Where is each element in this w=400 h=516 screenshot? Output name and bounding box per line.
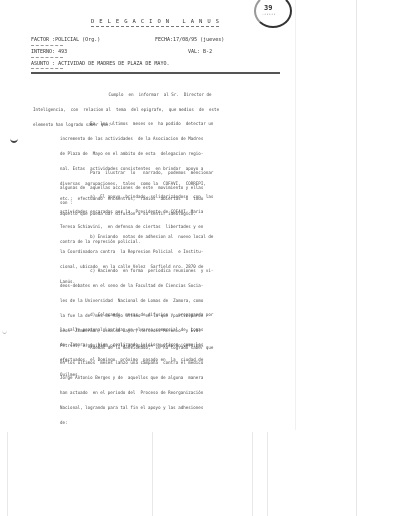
interno-field: INTERNO: 493 [31,49,67,55]
val-field: VAL: B-2 [188,49,212,55]
page-edge [356,0,357,516]
punch-hole-mark [10,134,18,143]
stamp-number: 39 [264,4,272,12]
text-line: Nacional, logrando para tal fin el apoyo… [60,405,213,410]
scan-artifact-line [252,432,253,516]
text-line: d) Colocando mesas de difusion y propaga… [60,312,213,317]
text-line: actividades encaradas por la Presidente … [60,209,213,214]
text-line: b) Enviando notas de adhesion al nuevo l… [60,234,213,239]
text-line: de: [60,420,213,425]
text-line: la calle peatonal Laprida en el area com… [60,327,213,332]
asunto-underline [31,68,63,69]
text-line: Además de lo mencionado, se ha logrado s… [60,345,213,350]
text-line: a) El apoyo brindado, solidarizándose co… [60,194,213,199]
paragraph-final: Además de lo mencionado, se ha logrado s… [60,335,213,435]
document-header: DELEGACION LANUS [91,19,224,25]
stamp-subtext: -••••• [262,12,276,16]
asunto-field: ASUNTO : ACTIVIDAD DE MADRES DE PLAZA DE… [31,61,169,67]
punch-hole-mark [2,326,7,334]
factor-underline [31,45,63,46]
page-fold-line [295,0,296,430]
fecha-field: FECHA:17/08/95 (jueves) [155,37,224,43]
text-line: incremento de las actividades de la Asoc… [60,136,213,141]
scan-artifact-line [7,432,8,516]
text-line: han actuado en el periodo del Proceso de… [60,390,213,395]
text-line: deos-debates en el seno de la Facultad d… [60,283,213,288]
text-line: Para ilustrar lo narrado, podemos mencio… [60,170,213,175]
text-line: En los ultimos meses se ha podido detect… [60,121,213,126]
scan-artifact-line [267,432,268,516]
text-line: c) Haciendo en forma periodica reuniones… [60,268,213,273]
header-underline [91,26,219,27]
text-line: Jorge Antonio Berges y de aquellos que d… [60,375,213,380]
text-line: en los últimos meses lanzo una campaña c… [60,360,213,365]
scan-artifact-line [152,432,153,516]
horizontal-rule [31,72,280,74]
text-line: Cumplo en informar al Sr. Director de [33,92,219,97]
interno-underline [31,57,63,58]
scanned-document-page: 39 -••••• DELEGACION LANUS FACTOR :POLIC… [0,0,400,516]
text-line: de Plaza de Mayo en el ambito de esta de… [60,151,213,156]
text-line: la Coordinadora contra la Represion Poli… [60,249,213,254]
factor-field: FACTOR :POLICIAL (Org.) [31,37,100,43]
